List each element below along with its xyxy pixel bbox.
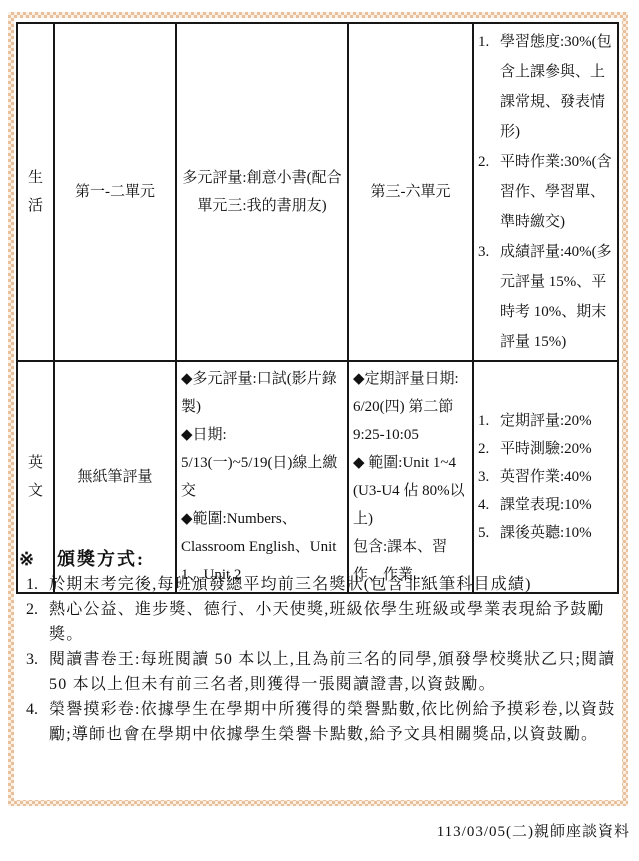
item-number: 2. — [26, 597, 49, 647]
grading-list: 1. 定期評量:20% 2. 平時測驗:20% 3. 英習作業:40% 4. 課… — [478, 407, 613, 547]
periodic-line: ◆ 範圍:Unit 1~4 — [353, 449, 468, 477]
grading-item: 3. 英習作業:40% — [478, 463, 613, 491]
item-text: 熱心公益、進步獎、德行、小天使獎,班級依學生班級或學業表現給予鼓勵獎。 — [49, 597, 618, 647]
item-number: 2. — [478, 147, 500, 177]
units-cell: 第一-二單元 — [54, 23, 176, 361]
item-text: 於期末考完後,每班頒發總平均前三名獎狀(包含非紙筆科目成績) — [49, 572, 618, 597]
item-number: 4. — [26, 697, 49, 747]
table-row-life: 生活 第一-二單元 多元評量:創意小書(配合單元三:我的書朋友) 第三-六單元 … — [17, 23, 618, 361]
footer-note: 113/03/05(二)親師座談資料 — [437, 820, 630, 841]
units-label: 第一-二單元 — [75, 184, 155, 200]
grading-item: 2. 平時作業:30%(含習作、學習單、準時繳交) — [478, 147, 613, 237]
assessment-schedule-table: 生活 第一-二單元 多元評量:創意小書(配合單元三:我的書朋友) 第三-六單元 … — [16, 22, 619, 594]
multi-assessment-cell: 多元評量:創意小書(配合單元三:我的書朋友) — [176, 23, 348, 361]
subject-label: 英文 — [28, 455, 43, 500]
item-number: 3. — [478, 237, 500, 267]
multi-line: ◆多元評量:口試(影片錄製) — [181, 365, 343, 421]
item-text: 學習態度:30%(包含上課參與、上課常規、發表情形) — [500, 27, 613, 147]
item-text: 榮譽摸彩卷:依據學生在學期中所獲得的榮譽點數,依比例給予摸彩卷,以資鼓勵;導師也… — [49, 697, 618, 747]
subject-label: 生活 — [28, 170, 43, 215]
item-text: 英習作業:40% — [500, 463, 613, 491]
subject-cell: 生活 — [17, 23, 54, 361]
grading-list: 1. 學習態度:30%(包含上課參與、上課常規、發表情形) 2. 平時作業:30… — [478, 27, 613, 357]
units-b-label: 第三-六單元 — [371, 184, 451, 200]
item-number: 3. — [26, 647, 49, 697]
item-number: 1. — [478, 27, 500, 57]
units-b-cell: 第三-六單元 — [348, 23, 473, 361]
item-text: 平時作業:30%(含習作、學習單、準時繳交) — [500, 147, 613, 237]
item-text: 成績評量:40%(多元評量 15%、平時考 10%、期末評量 15%) — [500, 237, 613, 357]
grading-cell: 1. 學習態度:30%(包含上課參與、上課常規、發表情形) 2. 平時作業:30… — [473, 23, 618, 361]
award-item: 2. 熱心公益、進步獎、德行、小天使獎,班級依學生班級或學業表現給予鼓勵獎。 — [16, 597, 618, 647]
award-item: 1. 於期末考完後,每班頒發總平均前三名獎狀(包含非紙筆科目成績) — [16, 572, 618, 597]
item-number: 4. — [478, 491, 500, 519]
item-text: 閱讀書卷王:每班閱讀 50 本以上,且為前三名的同學,頒發學校獎狀乙只;閱讀 5… — [49, 647, 618, 697]
item-text: 課後英聽:10% — [500, 519, 613, 547]
awards-section: ※ 頒獎方式: 1. 於期末考完後,每班頒發總平均前三名獎狀(包含非紙筆科目成績… — [16, 546, 618, 747]
item-number: 1. — [26, 572, 49, 597]
awards-heading: ※ 頒獎方式: — [16, 546, 618, 572]
grading-item: 2. 平時測驗:20% — [478, 435, 613, 463]
awards-heading-text: 頒獎方式: — [57, 546, 145, 572]
units-label: 無紙筆評量 — [77, 469, 152, 485]
item-number: 1. — [478, 407, 500, 435]
reference-mark: ※ — [16, 546, 57, 572]
item-text: 課堂表現:10% — [500, 491, 613, 519]
item-number: 5. — [478, 519, 500, 547]
award-item: 4. 榮譽摸彩卷:依據學生在學期中所獲得的榮譽點數,依比例給予摸彩卷,以資鼓勵;… — [16, 697, 618, 747]
grading-item: 1. 學習態度:30%(包含上課參與、上課常規、發表情形) — [478, 27, 613, 147]
multi-line: ◆日期: — [181, 421, 343, 449]
item-text: 平時測驗:20% — [500, 435, 613, 463]
item-text: 定期評量:20% — [500, 407, 613, 435]
periodic-line: 9:25-10:05 — [353, 421, 468, 449]
periodic-line: (U3-U4 佔 80%以上) — [353, 477, 468, 533]
periodic-line: ◆定期評量日期: — [353, 365, 468, 393]
award-item: 3. 閱讀書卷王:每班閱讀 50 本以上,且為前三名的同學,頒發學校獎狀乙只;閱… — [16, 647, 618, 697]
grading-item: 3. 成績評量:40%(多元評量 15%、平時考 10%、期末評量 15%) — [478, 237, 613, 357]
periodic-line: 6/20(四) 第二節 — [353, 393, 468, 421]
item-number: 2. — [478, 435, 500, 463]
grading-item: 4. 課堂表現:10% — [478, 491, 613, 519]
multi-line: 5/13(一)~5/19(日)線上繳交 — [181, 449, 343, 505]
grading-item: 1. 定期評量:20% — [478, 407, 613, 435]
multi-assessment-text: 多元評量:創意小書(配合單元三:我的書朋友) — [182, 170, 341, 215]
item-number: 3. — [478, 463, 500, 491]
grading-item: 5. 課後英聽:10% — [478, 519, 613, 547]
